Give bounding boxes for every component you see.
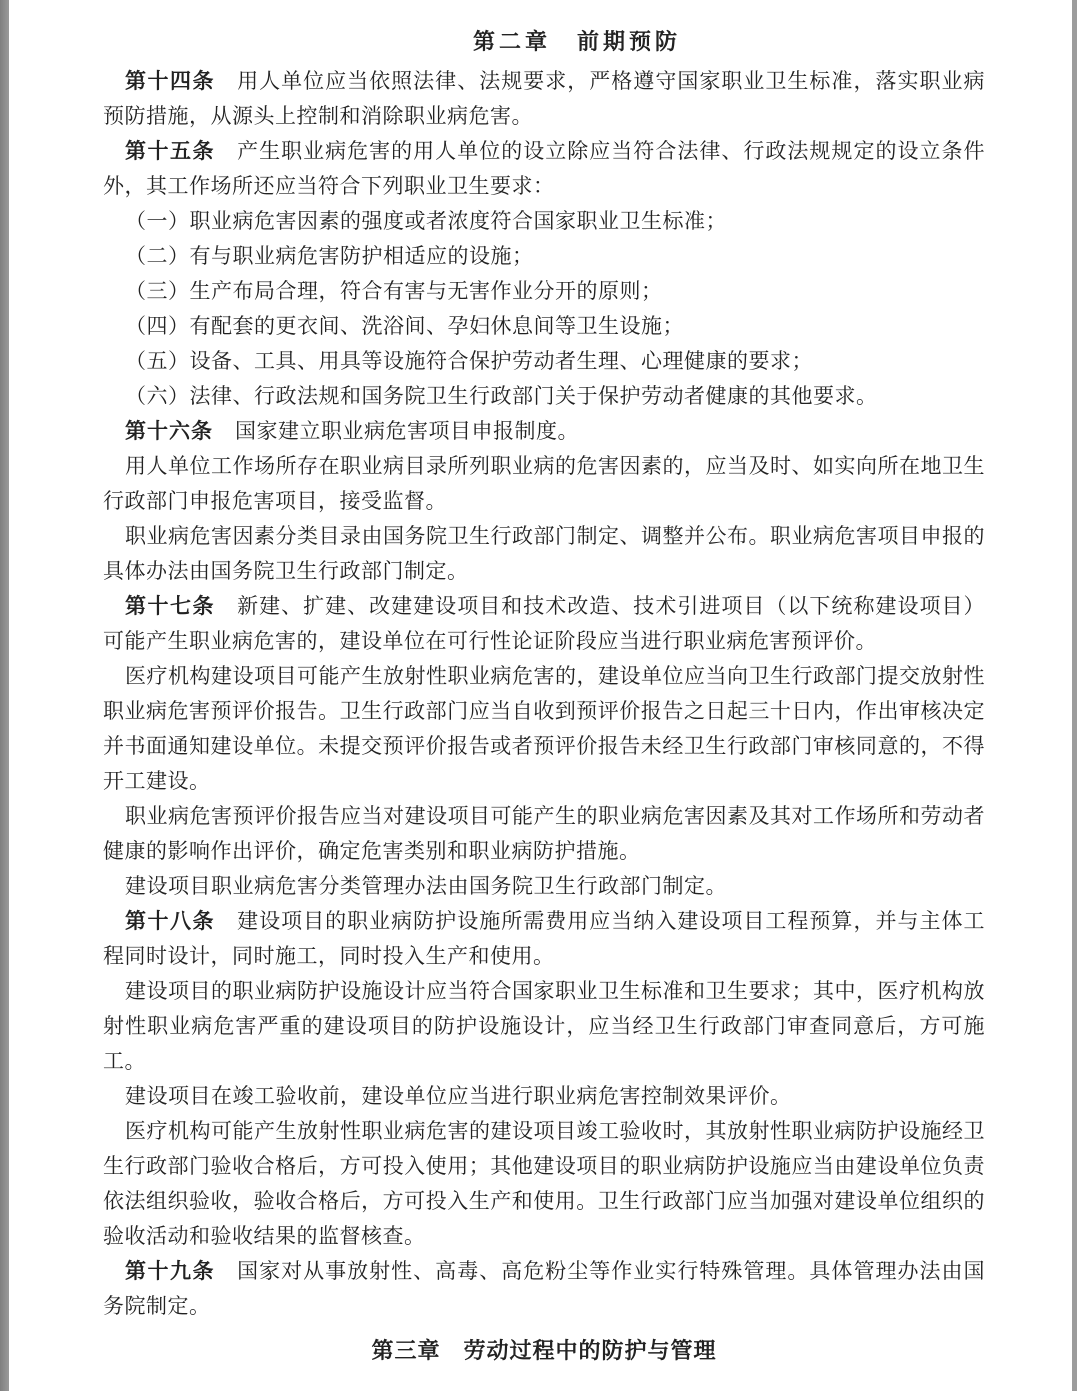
paragraph: 医疗机构建设项目可能产生放射性职业病危害的，建设单位应当向卫生行政部门提交放射性… [103,659,985,799]
scanned-document-page: 第二章 前期预防 第十四条用人单位应当依照法律、法规要求，严格遵守国家职业卫生标… [0,0,1080,1391]
page-left-edge [0,0,9,1391]
document-body: 第十四条用人单位应当依照法律、法规要求，严格遵守国家职业卫生标准，落实职业病预防… [103,64,985,1324]
paragraph: 建设项目在竣工验收前，建设单位应当进行职业病危害控制效果评价。 [103,1079,985,1114]
article-paragraph: 第十八条建设项目的职业病防护设施所需费用应当纳入建设项目工程预算，并与主体工程同… [103,904,985,974]
article-number: 第十四条 [125,69,215,93]
paragraph: 建设项目的职业病防护设施设计应当符合国家职业卫生标准和卫生要求；其中，医疗机构放… [103,974,985,1079]
paragraph: 用人单位工作场所存在职业病目录所列职业病的危害因素的，应当及时、如实向所在地卫生… [103,449,985,519]
paragraph: （五）设备、工具、用具等设施符合保护劳动者生理、心理健康的要求； [103,344,985,379]
document-content: 第二章 前期预防 第十四条用人单位应当依照法律、法规要求，严格遵守国家职业卫生标… [103,0,985,1366]
article-number: 第十六条 [125,419,213,443]
paragraph: （六）法律、行政法规和国务院卫生行政部门关于保护劳动者健康的其他要求。 [103,379,985,414]
article-number: 第十八条 [125,909,215,933]
paragraph: （一）职业病危害因素的强度或者浓度符合国家职业卫生标准； [103,204,985,239]
page-right-edge [1072,0,1077,1391]
article-number: 第十九条 [125,1259,215,1283]
paragraph: 职业病危害因素分类目录由国务院卫生行政部门制定、调整并公布。职业病危害项目申报的… [103,519,985,589]
paragraph: 医疗机构可能产生放射性职业病危害的建设项目竣工验收时，其放射性职业病防护设施经卫… [103,1114,985,1254]
chapter-3-heading: 第三章 劳动过程中的防护与管理 [103,1336,985,1366]
article-paragraph: 第十九条国家对从事放射性、高毒、高危粉尘等作业实行特殊管理。具体管理办法由国务院… [103,1254,985,1324]
article-paragraph: 第十七条新建、扩建、改建建设项目和技术改造、技术引进项目（以下统称建设项目）可能… [103,589,985,659]
article-paragraph: 第十五条产生职业病危害的用人单位的设立除应当符合法律、行政法规规定的设立条件外，… [103,134,985,204]
article-paragraph: 第十四条用人单位应当依照法律、法规要求，严格遵守国家职业卫生标准，落实职业病预防… [103,64,985,134]
paragraph: 建设项目职业病危害分类管理办法由国务院卫生行政部门制定。 [103,869,985,904]
article-paragraph: 第十六条国家建立职业病危害项目申报制度。 [103,414,985,449]
article-number: 第十七条 [125,594,215,618]
article-number: 第十五条 [125,139,215,163]
paragraph: 职业病危害预评价报告应当对建设项目可能产生的职业病危害因素及其对工作场所和劳动者… [103,799,985,869]
paragraph: （二）有与职业病危害防护相适应的设施； [103,239,985,274]
paragraph: （四）有配套的更衣间、洗浴间、孕妇休息间等卫生设施； [103,309,985,344]
paragraph: （三）生产布局合理，符合有害与无害作业分开的原则； [103,274,985,309]
chapter-2-heading: 第二章 前期预防 [136,27,1018,57]
